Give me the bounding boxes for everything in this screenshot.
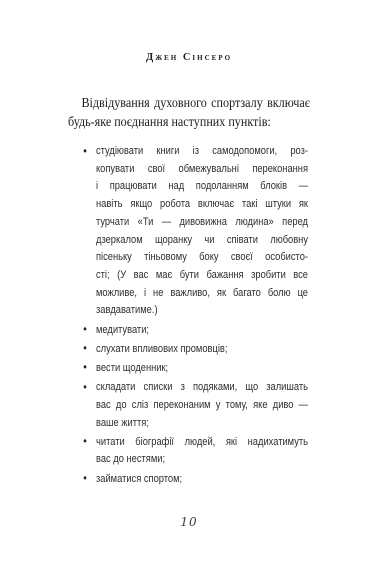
bullet-line: сті; (У вас має бути бажання зробити все: [96, 267, 308, 285]
bullet-line: ваше життя;: [96, 415, 308, 433]
bullet-line: і працювати над подоланням блоків —: [96, 178, 308, 196]
bullet-line: вести щоденник;: [96, 360, 308, 378]
bullet-line: можливе, і не важливо, як багато болю це: [96, 285, 308, 303]
bullet-icon: •: [83, 379, 87, 397]
bullet-item: •студіювати книги із самодопомоги, роз-к…: [96, 143, 308, 320]
page-number: 10: [0, 515, 378, 529]
book-page: Джен Сінсеро Відвідування духовного спор…: [0, 0, 378, 580]
bullet-icon: •: [83, 321, 87, 339]
bullet-line: студіювати книги із самодопомоги, роз-: [96, 143, 308, 161]
running-header: Джен Сінсеро: [0, 52, 378, 63]
bullet-line: дзеркалом щоранку чи співати любовну: [96, 232, 308, 250]
bullet-line: вас до нестями;: [96, 451, 308, 469]
bullet-line: читати біографії людей, які надихатимуть: [96, 434, 308, 452]
bullet-line: завдаватиме.): [96, 302, 308, 320]
bullet-line: копувати свої обмежувальні переконання: [96, 161, 308, 179]
bullet-item: •медитувати;: [96, 322, 308, 340]
bullet-line: займатися спортом;: [96, 471, 308, 489]
bullet-item: •слухати впливових промовців;: [96, 341, 308, 359]
bullet-icon: •: [83, 143, 87, 161]
bullet-icon: •: [83, 470, 87, 488]
bullet-line: слухати впливових промовців;: [96, 341, 308, 359]
bullet-line: пісеньку тіньовому боку своєї особисто-: [96, 249, 308, 267]
bullet-item: •читати біографії людей, які надихатимут…: [96, 434, 308, 469]
intro-paragraph: Відвідування духовного спортзалу включає…: [68, 94, 310, 131]
bullet-icon: •: [83, 340, 87, 358]
bullet-line: медитувати;: [96, 322, 308, 340]
bullet-line: навіть якщо робота включає такі штуки як: [96, 196, 308, 214]
bullet-line: турчати «Ти — дивовижна людина» перед: [96, 214, 308, 232]
bullet-line: вас до сліз переконаним у тому, яке диво…: [96, 397, 308, 415]
bullet-item: •займатися спортом;: [96, 471, 308, 489]
bullet-item: •вести щоденник;: [96, 360, 308, 378]
bullet-line: складати списки з подяками, що залишать: [96, 379, 308, 397]
bullet-list: •студіювати книги із самодопомоги, роз-к…: [96, 143, 308, 490]
intro-line: Відвідування духовного спортзалу включає: [68, 94, 310, 113]
bullet-icon: •: [83, 359, 87, 377]
bullet-item: •складати списки з подяками, що залишать…: [96, 379, 308, 432]
intro-line: будь-яке поєднання наступних пунктів:: [68, 113, 310, 132]
bullet-icon: •: [83, 433, 87, 451]
